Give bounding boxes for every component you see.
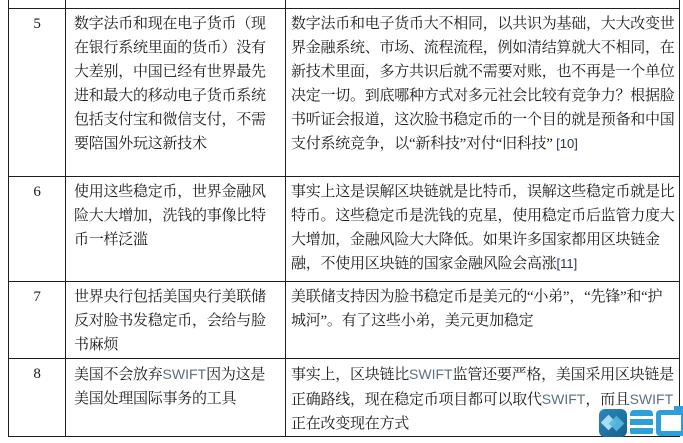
partial-row-top	[9, 0, 680, 8]
latin-term: SWIFT	[409, 366, 453, 382]
text-segment: 数字法币和现在电子货币（现在银行系统里面的货币）没有大差别，中国已经有世界最先进…	[74, 16, 266, 152]
claims-table-body: 5 数字法币和现在电子货币（现在银行系统里面的货币）没有大差别，中国已经有世界最…	[9, 0, 680, 436]
row-number-cell: 6	[9, 176, 66, 281]
watermark-text-glyph	[656, 410, 683, 436]
row-number-cell: 8	[9, 358, 66, 436]
text-segment: 世界央行包括美国央行美联储反对脸书发稳定币，会给与脸书麻烦	[74, 289, 266, 353]
text-segment: 美联储支持因为脸书稳定币是美元的“小弟”，“先锋”和“护城河”。有了这些小弟，美…	[291, 289, 662, 329]
text-segment: ，而且	[585, 392, 629, 408]
table-row: 6 使用这些稳定币，世界金融风险大大增加，洗钱的事像比特币一样泛滥 事实上这是误…	[9, 176, 680, 281]
overlapping-diamonds-logo-icon	[599, 409, 627, 437]
claim-cell: 世界央行包括美国央行美联储反对脸书发稳定币，会给与脸书麻烦	[66, 281, 286, 358]
claims-rebuttals-table: 5 数字法币和现在电子货币（现在银行系统里面的货币）没有大差别，中国已经有世界最…	[8, 0, 680, 437]
row-number: 6	[33, 184, 40, 200]
response-cell: 美联储支持因为脸书稳定币是美元的“小弟”，“先锋”和“护城河”。有了这些小弟，美…	[286, 281, 680, 358]
citation-ref[interactable]: [11]	[557, 256, 578, 271]
row-number: 5	[33, 16, 40, 32]
text-segment: 美国不会放弃	[74, 367, 163, 383]
claim-cell: 数字法币和现在电子货币（现在银行系统里面的货币）没有大差别，中国已经有世界最先进…	[66, 8, 286, 176]
latin-term: SWIFT	[542, 391, 586, 407]
citation-ref[interactable]: [10]	[556, 136, 578, 151]
table-row: 7 世界央行包括美国央行美联储反对脸书发稳定币，会给与脸书麻烦 美联储支持因为脸…	[9, 281, 680, 358]
partial-cell	[286, 0, 680, 8]
partial-cell	[9, 0, 66, 8]
response-cell: 数字法币和电子货币大不相同，以共识为基础，大大改变世界金融系统、市场、流程流程，…	[286, 8, 680, 176]
latin-term: SWIFT	[630, 391, 674, 407]
row-number: 7	[33, 289, 40, 305]
claim-cell: 使用这些稳定币，世界金融风险大大增加，洗钱的事像比特币一样泛滥	[66, 176, 286, 281]
watermark-logo	[599, 409, 683, 437]
partial-cell	[66, 0, 286, 8]
text-segment: 数字法币和电子货币大不相同，以共识为基础，大大改变世界金融系统、市场、流程流程，…	[291, 16, 675, 152]
text-segment: 事实上，区块链比	[291, 367, 409, 383]
document-page: 5 数字法币和现在电子货币（现在银行系统里面的货币）没有大差别，中国已经有世界最…	[0, 0, 683, 443]
table-row: 8 美国不会放弃SWIFT因为这是美国处理国际事务的工具 事实上，区块链比SWI…	[9, 358, 680, 436]
text-segment: 正在改变现在方式	[291, 416, 409, 432]
text-segment: 使用这些稳定币，世界金融风险大大增加，洗钱的事像比特币一样泛滥	[74, 184, 266, 248]
row-number-cell: 7	[9, 281, 66, 358]
table-row: 5 数字法币和现在电子货币（现在银行系统里面的货币）没有大差别，中国已经有世界最…	[9, 8, 680, 176]
watermark-text-glyph	[630, 410, 653, 436]
row-number: 8	[33, 366, 40, 382]
text-segment: 事实上这是误解区块链就是比特币，误解这些稳定币就是比特币。这些稳定币是洗钱的克星…	[291, 184, 675, 272]
row-number-cell: 5	[9, 8, 66, 176]
latin-term: SWIFT	[163, 366, 207, 382]
claim-cell: 美国不会放弃SWIFT因为这是美国处理国际事务的工具	[66, 358, 286, 436]
response-cell: 事实上这是误解区块链就是比特币，误解这些稳定币就是比特币。这些稳定币是洗钱的克星…	[286, 176, 680, 281]
